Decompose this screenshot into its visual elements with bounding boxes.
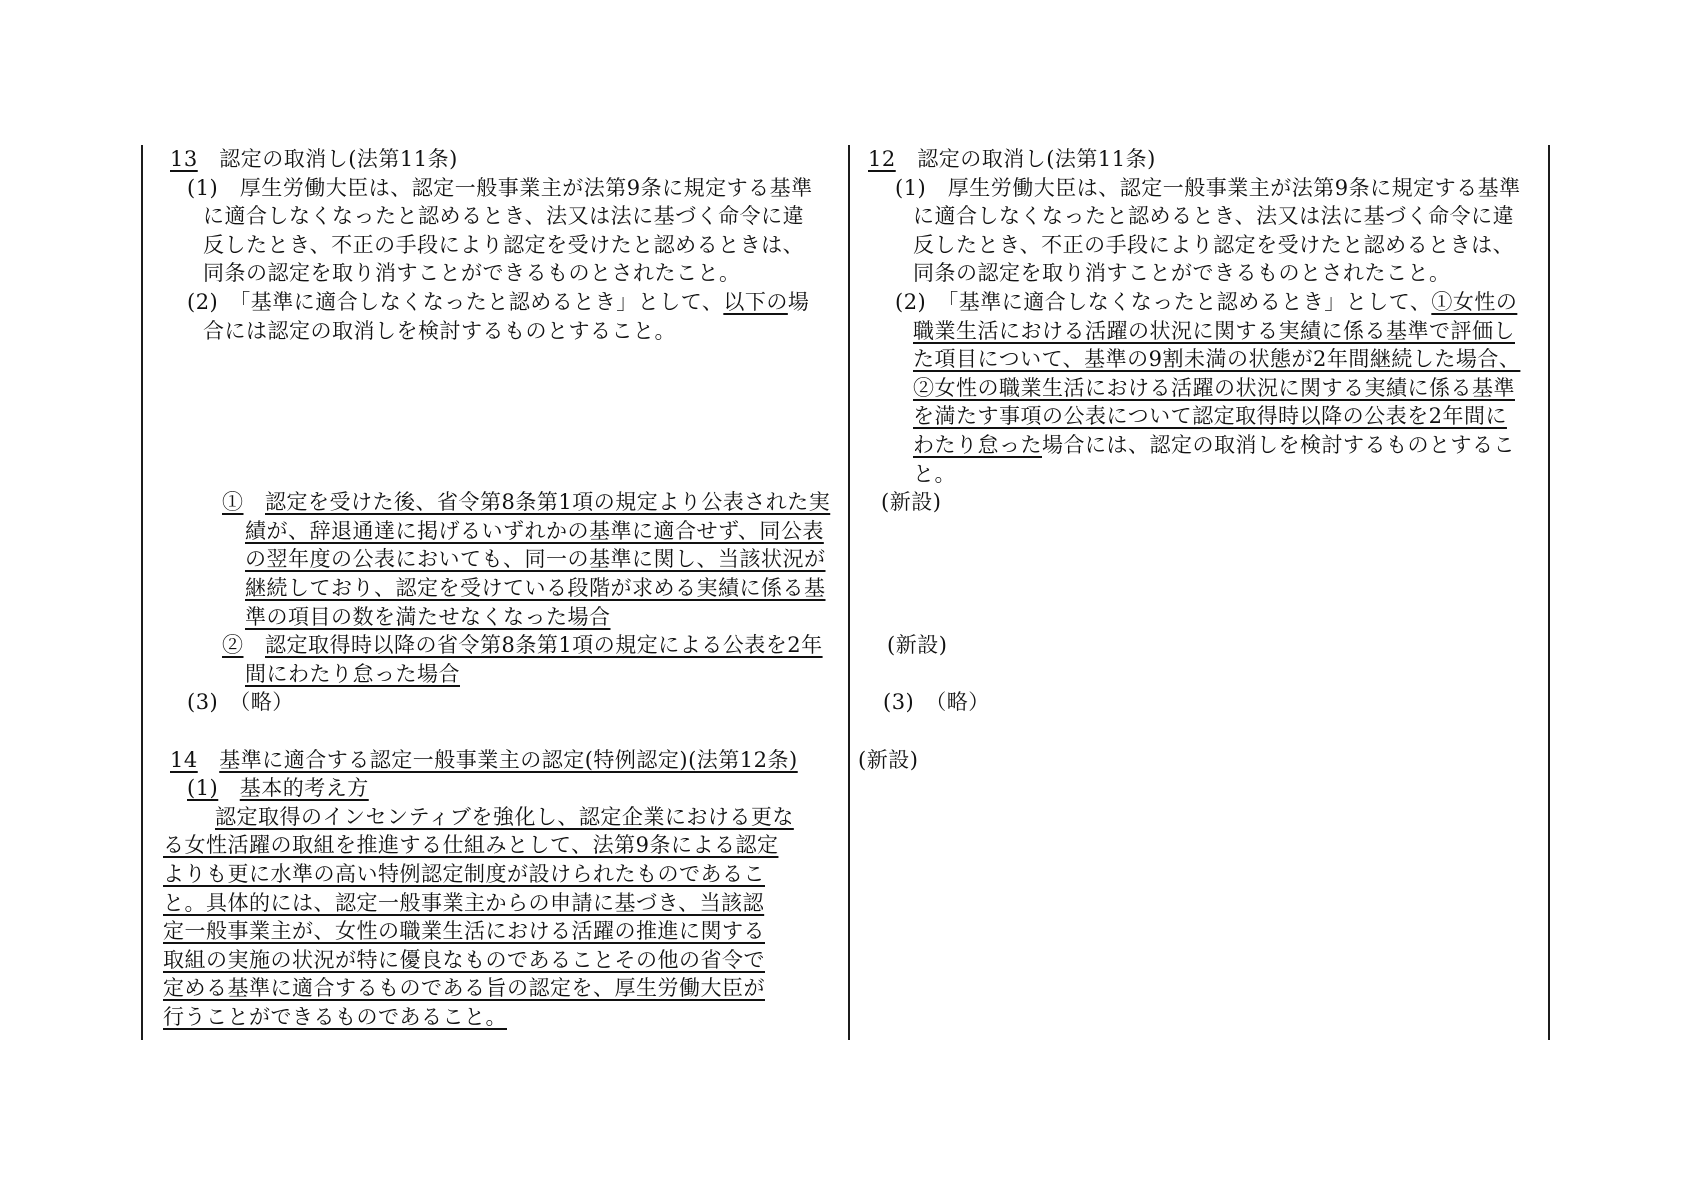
text-line: (1) 厚生労働大臣は、認定一般事業主が法第9条に規定する基準 (895, 177, 1521, 200)
text-line: 反したとき、不正の手段により認定を受けたと認めるときは、 (913, 234, 1514, 257)
text-line: (2) 「基準に適合しなくなったと認めるとき」として、①女性の (895, 291, 1517, 314)
text-line: (1) 基本的考え方 (187, 777, 369, 800)
text-line: を満たす事項の公表について認定取得時以降の公表を2年間に (913, 405, 1507, 428)
underlined-text-segment: よりも更に水準の高い特例認定制度が設けられたものであるこ (163, 862, 765, 886)
text-line: よりも更に水準の高い特例認定制度が設けられたものであるこ (163, 863, 765, 886)
text-segment (244, 490, 266, 514)
text-segment: と。 (913, 462, 956, 486)
text-segment (198, 748, 220, 772)
text-line: (2) 「基準に適合しなくなったと認めるとき」として、以下の場 (187, 291, 809, 314)
text-line: た項目について、基準の9割未満の状態が2年間継続した場合、 (913, 348, 1520, 371)
text-line: 職業生活における活躍の状況に関する実績に係る基準で評価し (913, 320, 1515, 343)
underlined-text-segment: 基準に適合する認定一般事業主の認定(特例認定)(法第12条) (219, 748, 798, 772)
text-segment: (新設) (881, 490, 941, 514)
underlined-text-segment: と。具体的には、認定一般事業主からの申請に基づき、当該認 (163, 891, 764, 915)
text-line: 反したとき、不正の手段により認定を受けたと認めるときは、 (203, 234, 804, 257)
text-segment: 合には認定の取消しを検討するものとすること。 (203, 319, 676, 343)
text-segment: (2) 「基準に適合しなくなったと認めるとき」として、 (187, 290, 723, 314)
text-line: 14 基準に適合する認定一般事業主の認定(特例認定)(法第12条) (170, 749, 798, 772)
text-segment: (1) 厚生労働大臣は、認定一般事業主が法第9条に規定する基準 (895, 176, 1521, 200)
underlined-text-segment: た項目について、基準の9割未満の状態が2年間継続した場合、 (913, 347, 1520, 371)
text-line: に適合しなくなったと認めるとき、法又は法に基づく命令に違 (913, 205, 1514, 228)
text-segment: 認定の取消し(法第11条) (896, 147, 1156, 171)
underlined-text-segment: 以下の (723, 290, 788, 314)
text-segment: 反したとき、不正の手段により認定を受けたと認めるときは、 (203, 233, 804, 257)
text-line: ② 認定取得時以降の省令第8条第1項の規定による公表を2年 (222, 634, 823, 657)
text-line: (新設) (881, 491, 941, 514)
text-line: 績が、辞退通達に掲げるいずれかの基準に適合せず、同公表 (245, 520, 824, 543)
underlined-text-segment: 12 (868, 147, 896, 171)
text-line: (3) （略） (187, 691, 294, 714)
underlined-text-segment: 定める基準に適合するものである旨の認定を、厚生労働大臣が (163, 976, 765, 1000)
underlined-text-segment: 準の項目の数を満たせなくなった場合 (245, 605, 611, 629)
underlined-text-segment: ①女性の (1431, 290, 1517, 314)
underlined-text-segment: 認定取得のインセンティブを強化し、認定企業における更な (215, 805, 794, 829)
text-line: 同条の認定を取り消すことができるものとされたこと。 (913, 262, 1451, 285)
text-line: 間にわたり怠った場合 (245, 663, 460, 686)
text-line: 13 認定の取消し(法第11条) (170, 148, 458, 171)
text-segment: (2) 「基準に適合しなくなったと認めるとき」として、 (895, 290, 1431, 314)
text-line: (新設) (887, 634, 947, 657)
text-line: と。 (913, 463, 956, 486)
text-line: 行うことができるものであること。 (163, 1006, 507, 1029)
text-line: 認定取得のインセンティブを強化し、認定企業における更な (215, 806, 794, 829)
text-segment: 場 (788, 290, 810, 314)
underlined-text-segment: 績が、辞退通達に掲げるいずれかの基準に適合せず、同公表 (245, 519, 824, 543)
underlined-text-segment: 14 (170, 748, 198, 772)
comparison-table-page: 13 認定の取消し(法第11条)(1) 厚生労働大臣は、認定一般事業主が法第9条… (0, 0, 1695, 1181)
text-line: 同条の認定を取り消すことができるものとされたこと。 (203, 262, 741, 285)
underlined-text-segment: 取組の実施の状況が特に優良なものであることその他の省令で (163, 948, 765, 972)
text-segment: 同条の認定を取り消すことができるものとされたこと。 (913, 261, 1451, 285)
text-line: る女性活躍の取組を推進する仕組みとして、法第9条による認定 (163, 834, 778, 857)
underlined-text-segment: 定一般事業主が、女性の職業生活における活躍の推進に関する (163, 919, 765, 943)
text-segment: (3) （略） (187, 690, 294, 714)
underlined-text-segment: 認定を受けた後、省令第8条第1項の規定より公表された実 (265, 490, 830, 514)
underlined-text-segment: る女性活躍の取組を推進する仕組みとして、法第9条による認定 (163, 833, 778, 857)
text-segment: 場合には、認定の取消しを検討するものとするこ (1042, 433, 1515, 457)
text-line: わたり怠った場合には、認定の取消しを検討するものとするこ (913, 434, 1515, 457)
text-line: と。具体的には、認定一般事業主からの申請に基づき、当該認 (163, 892, 764, 915)
underlined-text-segment: 13 (170, 147, 198, 171)
text-segment: 認定の取消し(法第11条) (198, 147, 458, 171)
text-segment: (新設) (887, 633, 947, 657)
underlined-text-segment: 間にわたり怠った場合 (245, 662, 460, 686)
underlined-text-segment: 基本的考え方 (240, 776, 369, 800)
underlined-text-segment: 認定取得時以降の省令第8条第1項の規定による公表を2年 (265, 633, 823, 657)
text-line: 定一般事業主が、女性の職業生活における活躍の推進に関する (163, 920, 765, 943)
text-line: (3) （略） (883, 691, 990, 714)
text-segment: 同条の認定を取り消すことができるものとされたこと。 (203, 261, 741, 285)
underlined-text-segment: ① (222, 490, 244, 514)
text-segment: (新設) (858, 748, 918, 772)
text-line: (新設) (858, 749, 918, 772)
underlined-text-segment: の翌年度の公表においても、同一の基準に関し、当該状況が (245, 547, 826, 571)
text-line: ① 認定を受けた後、省令第8条第1項の規定より公表された実 (222, 491, 830, 514)
text-line: 12 認定の取消し(法第11条) (868, 148, 1156, 171)
text-line: ②女性の職業生活における活躍の状況に関する実績に係る基準 (913, 377, 1515, 400)
underlined-text-segment: を満たす事項の公表について認定取得時以降の公表を2年間に (913, 404, 1507, 428)
underlined-text-segment: わたり怠った (913, 433, 1042, 457)
text-line: 準の項目の数を満たせなくなった場合 (245, 606, 611, 629)
underlined-text-segment: 継続しており、認定を受けている段階が求める実績に係る基 (245, 576, 826, 600)
text-line: (1) 厚生労働大臣は、認定一般事業主が法第9条に規定する基準 (187, 177, 813, 200)
text-line: 取組の実施の状況が特に優良なものであることその他の省令で (163, 949, 765, 972)
underlined-text-segment: (1) (187, 776, 218, 800)
text-segment (218, 776, 240, 800)
underlined-text-segment: 行うことができるものであること。 (163, 1005, 507, 1029)
text-segment: に適合しなくなったと認めるとき、法又は法に基づく命令に違 (203, 204, 804, 228)
text-segment (244, 633, 266, 657)
text-line: 合には認定の取消しを検討するものとすること。 (203, 320, 676, 343)
text-segment: (3) （略） (883, 690, 990, 714)
underlined-text-segment: ②女性の職業生活における活躍の状況に関する実績に係る基準 (913, 376, 1515, 400)
text-line: 継続しており、認定を受けている段階が求める実績に係る基 (245, 577, 826, 600)
text-segment: 反したとき、不正の手段により認定を受けたと認めるときは、 (913, 233, 1514, 257)
text-line: の翌年度の公表においても、同一の基準に関し、当該状況が (245, 548, 826, 571)
underlined-text-segment: ② (222, 633, 244, 657)
table-rule-right (1548, 145, 1550, 1040)
table-rule-middle (848, 145, 850, 1040)
text-segment: に適合しなくなったと認めるとき、法又は法に基づく命令に違 (913, 204, 1514, 228)
text-line: 定める基準に適合するものである旨の認定を、厚生労働大臣が (163, 977, 765, 1000)
text-segment: (1) 厚生労働大臣は、認定一般事業主が法第9条に規定する基準 (187, 176, 813, 200)
document-page: { "colors": { "background": "#ffffff", "… (0, 0, 1695, 1181)
text-line: に適合しなくなったと認めるとき、法又は法に基づく命令に違 (203, 205, 804, 228)
table-rule-left (141, 145, 143, 1040)
underlined-text-segment: 職業生活における活躍の状況に関する実績に係る基準で評価し (913, 319, 1515, 343)
